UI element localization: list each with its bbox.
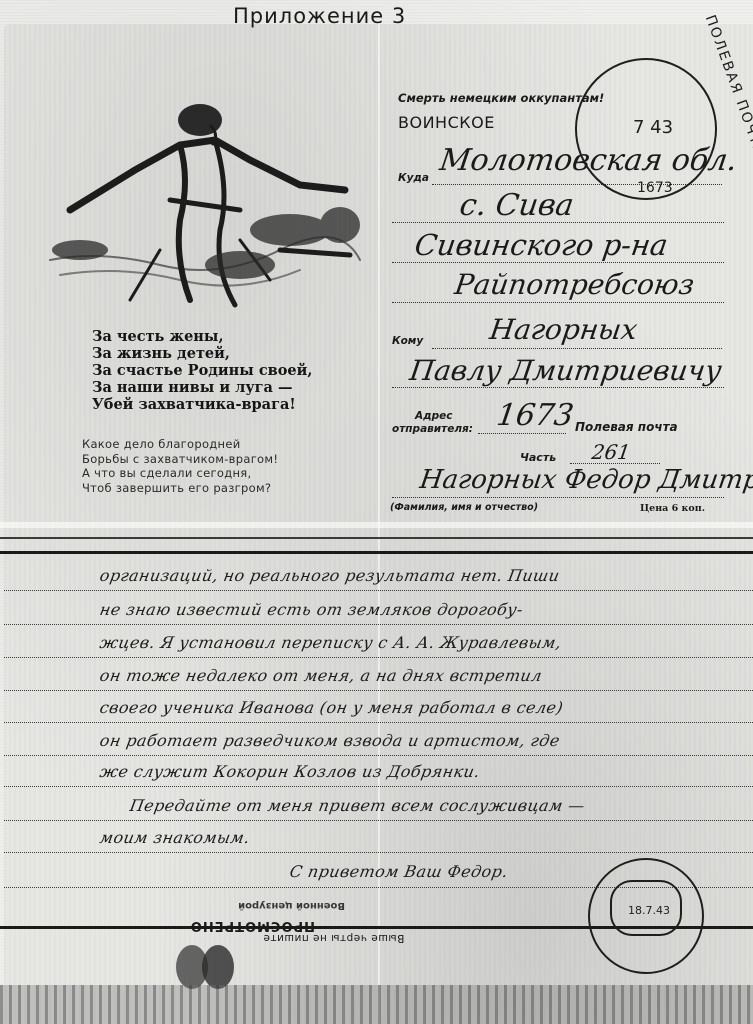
field-post-label: Полевая почта <box>575 420 678 434</box>
slogan-line: Какое дело благородней <box>82 437 278 452</box>
postmark-number: 1673 <box>637 180 673 196</box>
dotted-line <box>478 433 566 434</box>
letter-line: жцев. Я установил переписку с А. А. Жура… <box>98 633 751 652</box>
letter-line: Передайте от меня привет всем сослуживца… <box>128 796 753 815</box>
postmark-date: 7 43 <box>633 117 673 138</box>
sender-name-caption: (Фамилия, имя и отчество) <box>390 502 538 513</box>
divider-line <box>0 551 753 554</box>
slogan-line: За честь жены, <box>92 328 312 345</box>
appendix-title: Приложение 3 <box>233 4 406 28</box>
recipient-line: Нагорных <box>488 313 640 346</box>
censor-stamp: Военной цензурой ПРОСМОТРЕНО <box>135 893 345 937</box>
dotted-line <box>392 387 724 388</box>
ruled-line <box>4 852 753 853</box>
dotted-line <box>432 348 722 349</box>
slogan-line: Чтоб завершить его разгром? <box>82 481 278 496</box>
sender-label: Адрес <box>415 410 452 422</box>
ruled-line <box>4 755 753 756</box>
address-line: с. Сива <box>458 188 576 223</box>
letter-line: моим знакомым. <box>98 828 751 847</box>
sender-name: Нагорных Федор Дмитрие. <box>418 465 753 495</box>
dotted-line <box>392 497 724 498</box>
header-slogan: Смерть немецким оккупантам! <box>398 91 604 105</box>
dotted-line <box>392 262 724 263</box>
letter-line: своего ученика Иванова (он у меня работа… <box>98 698 751 717</box>
letter-line: он работает разведчиком взвода и артисто… <box>98 731 751 750</box>
letter-line: не знаю известий есть от земляков дорого… <box>98 600 751 619</box>
upside-down-note: Выше черты не пишите <box>263 932 404 944</box>
letter-line: же служит Кокорин Козлов из Добрянки. <box>98 762 751 781</box>
letter-kind: ВОИНСКОЕ <box>398 113 495 132</box>
censor-stamp-text: Военной цензурой <box>238 900 345 911</box>
unit-value: 261 <box>590 440 632 464</box>
divider-line <box>0 537 753 539</box>
letter-line: он тоже недалеко от меня, а на днях встр… <box>98 666 751 685</box>
address-line: Сивинского р-на <box>413 228 670 262</box>
dotted-line <box>392 302 724 303</box>
ruled-line <box>4 786 753 787</box>
recipient-label: Кому <box>392 335 423 347</box>
ruled-line <box>4 820 753 821</box>
letter-line: организаций, но реального результата нет… <box>98 566 751 585</box>
slogan-question: Какое дело благородней Борьбы с захватчи… <box>82 437 278 495</box>
slogan-line: Убей захватчика-врага! <box>92 396 312 413</box>
slogan-line: За наши нивы и луга — <box>92 379 312 396</box>
scan-edge <box>0 985 753 1024</box>
ruled-line <box>4 624 753 625</box>
postmark-bottom-date: 18.7.43 <box>628 904 670 917</box>
field-post-number: 1673 <box>495 398 576 433</box>
slogan-line: За жизнь детей, <box>92 345 312 362</box>
slogan-line: Борьбы с захватчиком-врагом! <box>82 452 278 467</box>
recipient-line: Павлу Дмитриевичу <box>408 354 724 387</box>
soldier-illustration-icon <box>40 100 370 315</box>
horizontal-fold <box>0 522 753 528</box>
slogan-verse: За честь жены, За жизнь детей, За счасть… <box>92 328 312 413</box>
ruled-line <box>4 657 753 658</box>
to-label: Куда <box>398 172 429 184</box>
ruled-line <box>4 722 753 723</box>
slogan-line: А что вы сделали сегодня, <box>82 466 278 481</box>
ruled-line <box>4 590 753 591</box>
unit-label: Часть <box>520 451 556 464</box>
sender-label: отправителя: <box>392 423 473 435</box>
address-line: Райпотребсоюз <box>453 268 697 301</box>
price-label: Цена 6 коп. <box>640 503 705 514</box>
ruled-line <box>4 690 753 691</box>
slogan-line: За счастье Родины своей, <box>92 362 312 379</box>
